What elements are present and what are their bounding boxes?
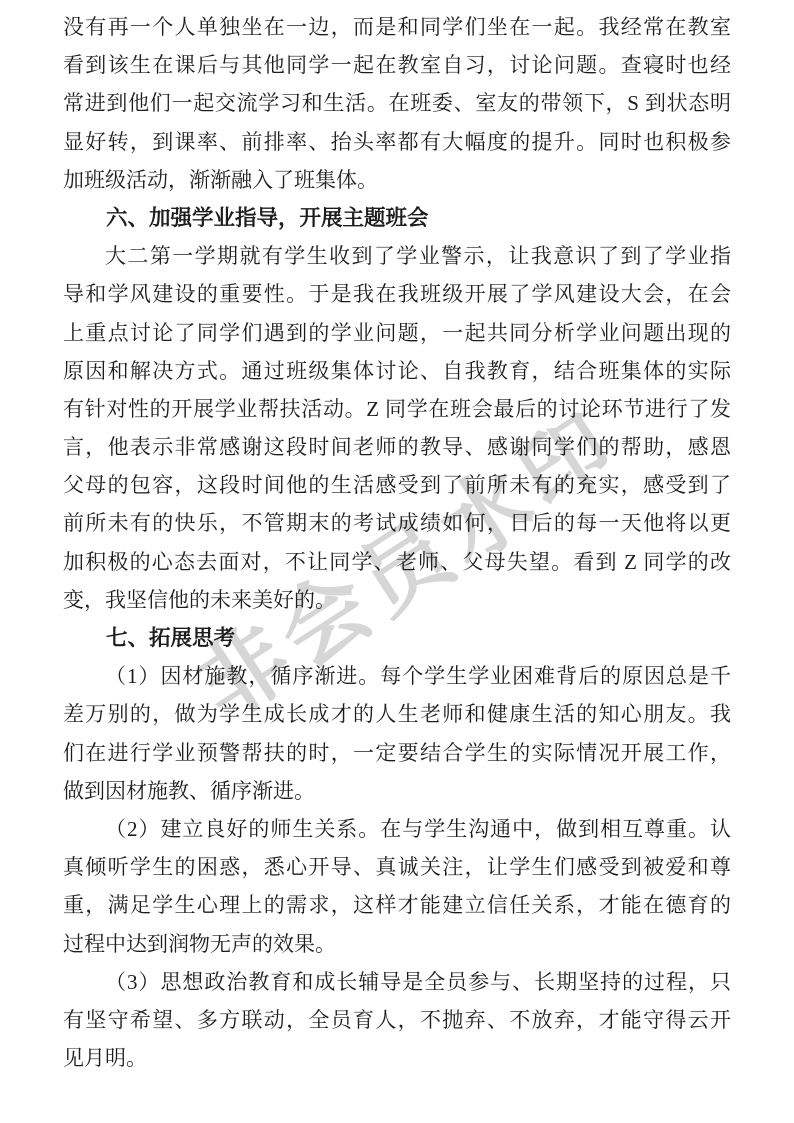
text-line: （2）建立良好的师生关系。在与学生沟通中，做到相互尊重。认 xyxy=(63,810,731,848)
text-line: （3）思想政治教育和成长辅导是全员参与、长期坚持的过程，只 xyxy=(63,963,731,1001)
text-line: 加积极的心态去面对，不让同学、老师、父母失望。看到 Z 同学的改 xyxy=(63,543,731,581)
text-line: 原因和解决方式。通过班级集体讨论、自我教育，结合班集体的实际 xyxy=(63,352,731,390)
text-line: 上重点讨论了同学们遇到的学业问题，一起共同分析学业问题出现的 xyxy=(63,314,731,352)
text-line: 有针对性的开展学业帮扶活动。Z 同学在班会最后的讨论环节进行了发 xyxy=(63,390,731,428)
text-line: 有坚守希望、多方联动，全员育人，不抛弃、不放弃，才能守得云开 xyxy=(63,1001,731,1039)
document-page: 非会员水印 没有再一个人单独坐在一边，而是和同学们坐在一起。我经常在教室看到该生… xyxy=(0,0,794,1123)
text-line: 导和学风建设的重要性。于是我在我班级开展了学风建设大会，在会 xyxy=(63,275,731,313)
document-body: 没有再一个人单独坐在一边，而是和同学们坐在一起。我经常在教室看到该生在课后与其他… xyxy=(63,8,731,1077)
text-line: 变，我坚信他的未来美好的。 xyxy=(63,581,731,619)
section-heading: 六、加强学业指导，开展主题班会 xyxy=(63,199,731,237)
text-line: 过程中达到润物无声的效果。 xyxy=(63,925,731,963)
text-line: 做到因材施教、循序渐进。 xyxy=(63,772,731,810)
text-line: 加班级活动，渐渐融入了班集体。 xyxy=(63,161,731,199)
text-line: 言，他表示非常感谢这段时间老师的教导、感谢同学们的帮助，感恩 xyxy=(63,428,731,466)
section-heading: 七、拓展思考 xyxy=(63,619,731,657)
text-line: 看到该生在课后与其他同学一起在教室自习，讨论问题。查寝时也经 xyxy=(63,46,731,84)
text-line: 前所未有的快乐，不管期末的考试成绩如何，日后的每一天他将以更 xyxy=(63,504,731,542)
text-line: 重，满足学生心理上的需求，这样才能建立信任关系，才能在德育的 xyxy=(63,886,731,924)
text-line: 真倾听学生的困惑，悉心开导、真诚关注，让学生们感受到被爱和尊 xyxy=(63,848,731,886)
text-line: （1）因材施教，循序渐进。每个学生学业困难背后的原因总是千 xyxy=(63,657,731,695)
text-line: 大二第一学期就有学生收到了学业警示，让我意识了到了学业指 xyxy=(63,237,731,275)
text-line: 们在进行学业预警帮扶的时，一定要结合学生的实际情况开展工作， xyxy=(63,734,731,772)
text-line: 常进到他们一起交流学习和生活。在班委、室友的带领下，S 到状态明 xyxy=(63,84,731,122)
text-line: 没有再一个人单独坐在一边，而是和同学们坐在一起。我经常在教室 xyxy=(63,8,731,46)
text-line: 差万别的，做为学生成长成才的人生老师和健康生活的知心朋友。我 xyxy=(63,695,731,733)
text-line: 父母的包容，这段时间他的生活感受到了前所未有的充实，感受到了 xyxy=(63,466,731,504)
text-line: 显好转，到课率、前排率、抬头率都有大幅度的提升。同时也积极参 xyxy=(63,123,731,161)
text-line: 见月明。 xyxy=(63,1039,731,1077)
